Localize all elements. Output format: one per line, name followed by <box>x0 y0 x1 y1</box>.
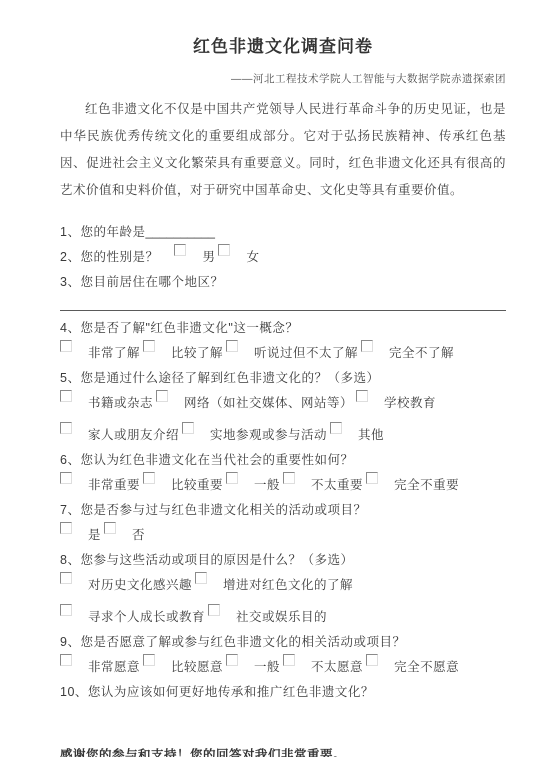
checkbox-icon[interactable] <box>60 572 72 584</box>
option: 寻求个人成长或教育 <box>60 610 205 624</box>
option: 听说过但不太了解 <box>226 346 358 360</box>
option: 非常了解 <box>60 346 140 360</box>
question: 3、您目前居住在哪个地区？ <box>60 270 506 311</box>
checkbox-icon[interactable] <box>60 604 72 616</box>
question-label: 2、您的性别是？ <box>60 250 158 264</box>
option-label: 网络（如社交媒体、网站等） <box>184 396 353 410</box>
option-label: 非常重要 <box>88 478 140 492</box>
question-line: 1、您的年龄是__________ <box>60 220 506 245</box>
checkbox-icon[interactable] <box>356 390 368 402</box>
checkbox-icon[interactable] <box>366 472 378 484</box>
checkbox-icon[interactable] <box>226 654 238 666</box>
option: 完全不了解 <box>361 346 454 360</box>
option: 实地参观或参与活动 <box>182 428 327 442</box>
option: 比较愿意 <box>143 660 223 674</box>
checkbox-icon[interactable] <box>143 340 155 352</box>
option-label: 比较了解 <box>171 346 223 360</box>
option-label: 完全不了解 <box>389 346 454 360</box>
options-row: 非常愿意比较愿意一般不太愿意完全不愿意 <box>60 655 506 680</box>
option: 非常重要 <box>60 478 140 492</box>
question: 9、您是否愿意了解或参与红色非遗文化的相关活动或项目？非常愿意比较愿意一般不太愿… <box>60 630 506 680</box>
question-line: 4、您是否了解"红色非遗文化"这一概念？ <box>60 316 506 341</box>
option: 女 <box>218 250 259 264</box>
option-label: 完全不愿意 <box>394 660 459 674</box>
question-label: 6、您认为红色非遗文化在当代社会的重要性如何？ <box>60 453 353 467</box>
checkbox-icon[interactable] <box>60 654 72 666</box>
checkbox-icon[interactable] <box>104 522 116 534</box>
question-label: 4、您是否了解"红色非遗文化"这一概念？ <box>60 321 298 335</box>
checkbox-icon[interactable] <box>208 604 220 616</box>
question-line: 5、您是通过什么途径了解到红色非遗文化的？（多选） <box>60 366 506 391</box>
page-title: 红色非遗文化调查问卷 <box>60 32 506 57</box>
thanks-note: 感谢您的参与和支持！您的回答对我们非常重要。 <box>60 745 506 757</box>
option-label: 不太愿意 <box>311 660 363 674</box>
option: 比较了解 <box>143 346 223 360</box>
options-row: 家人或朋友介绍实地参观或参与活动其他 <box>60 423 506 448</box>
option-label: 学校教育 <box>384 396 436 410</box>
question-line: 9、您是否愿意了解或参与红色非遗文化的相关活动或项目？ <box>60 630 506 655</box>
question: 7、您是否参与过与红色非遗文化相关的活动或项目？是否 <box>60 498 506 548</box>
question-line: 8、您参与这些活动或项目的原因是什么？（多选） <box>60 548 506 573</box>
checkbox-icon[interactable] <box>366 654 378 666</box>
question: 5、您是通过什么途径了解到红色非遗文化的？（多选）书籍或杂志网络（如社交媒体、网… <box>60 366 506 448</box>
checkbox-icon[interactable] <box>283 472 295 484</box>
checkbox-icon[interactable] <box>330 422 342 434</box>
question-label: 10、您认为应该如何更好地传承和推广红色非遗文化？ <box>60 685 374 699</box>
option: 男 <box>174 250 215 264</box>
option-label: 一般 <box>254 478 280 492</box>
answer-blank[interactable]: __________ <box>145 225 215 239</box>
checkbox-icon[interactable] <box>156 390 168 402</box>
option: 比较重要 <box>143 478 223 492</box>
checkbox-icon[interactable] <box>361 340 373 352</box>
question-label: 5、您是通过什么途径了解到红色非遗文化的？（多选） <box>60 371 379 385</box>
question: 8、您参与这些活动或项目的原因是什么？（多选）对历史文化感兴趣增进对红色文化的了… <box>60 548 506 630</box>
question-label: 9、您是否愿意了解或参与红色非遗文化的相关活动或项目？ <box>60 635 405 649</box>
options-row: 非常重要比较重要一般不太重要完全不重要 <box>60 473 506 498</box>
option: 其他 <box>330 428 384 442</box>
checkbox-icon[interactable] <box>218 244 230 256</box>
option-label: 一般 <box>254 660 280 674</box>
option-label: 寻求个人成长或教育 <box>88 610 205 624</box>
question-line: 7、您是否参与过与红色非遗文化相关的活动或项目？ <box>60 498 506 523</box>
option-label: 听说过但不太了解 <box>254 346 358 360</box>
option: 是 <box>60 528 101 542</box>
option: 一般 <box>226 660 280 674</box>
option: 完全不愿意 <box>366 660 459 674</box>
question: 1、您的年龄是__________ <box>60 220 506 245</box>
option: 否 <box>104 528 145 542</box>
option-label: 完全不重要 <box>394 478 459 492</box>
checkbox-icon[interactable] <box>182 422 194 434</box>
option-label: 非常愿意 <box>88 660 140 674</box>
option: 书籍或杂志 <box>60 396 153 410</box>
option-label: 对历史文化感兴趣 <box>88 578 192 592</box>
checkbox-icon[interactable] <box>60 422 72 434</box>
question: 6、您认为红色非遗文化在当代社会的重要性如何？非常重要比较重要一般不太重要完全不… <box>60 448 506 498</box>
option: 增进对红色文化的了解 <box>195 578 353 592</box>
option: 不太愿意 <box>283 660 363 674</box>
option: 学校教育 <box>356 396 436 410</box>
checkbox-icon[interactable] <box>226 340 238 352</box>
option-label: 实地参观或参与活动 <box>210 428 327 442</box>
checkbox-icon[interactable] <box>143 654 155 666</box>
option: 家人或朋友介绍 <box>60 428 179 442</box>
option: 非常愿意 <box>60 660 140 674</box>
questions-list: 1、您的年龄是__________2、您的性别是？男女3、您目前居住在哪个地区？… <box>60 220 506 705</box>
intro-paragraph: 红色非遗文化不仅是中国共产党领导人民进行革命斗争的历史见证，也是中华民族优秀传统… <box>60 96 506 204</box>
question-label: 1、您的年龄是 <box>60 225 145 239</box>
options-row: 寻求个人成长或教育社交或娱乐目的 <box>60 605 506 630</box>
checkbox-icon[interactable] <box>143 472 155 484</box>
question-label: 8、您参与这些活动或项目的原因是什么？（多选） <box>60 553 353 567</box>
checkbox-icon[interactable] <box>60 522 72 534</box>
option: 对历史文化感兴趣 <box>60 578 192 592</box>
question-line: 6、您认为红色非遗文化在当代社会的重要性如何？ <box>60 448 506 473</box>
question-label: 7、您是否参与过与红色非遗文化相关的活动或项目？ <box>60 503 366 517</box>
checkbox-icon[interactable] <box>195 572 207 584</box>
checkbox-icon[interactable] <box>60 390 72 402</box>
option-label: 是 <box>88 528 101 542</box>
options-row: 对历史文化感兴趣增进对红色文化的了解 <box>60 573 506 598</box>
checkbox-icon[interactable] <box>226 472 238 484</box>
question-line: 3、您目前居住在哪个地区？ <box>60 270 506 295</box>
option: 社交或娱乐目的 <box>208 610 327 624</box>
checkbox-icon[interactable] <box>60 340 72 352</box>
question-line: 10、您认为应该如何更好地传承和推广红色非遗文化？ <box>60 680 506 705</box>
option-label: 其他 <box>358 428 384 442</box>
question: 10、您认为应该如何更好地传承和推广红色非遗文化？ <box>60 680 506 705</box>
checkbox-icon[interactable] <box>60 472 72 484</box>
question: 2、您的性别是？男女 <box>60 245 506 270</box>
checkbox-icon[interactable] <box>174 244 186 256</box>
question-line: 2、您的性别是？男女 <box>60 245 506 270</box>
option-label: 否 <box>132 528 145 542</box>
checkbox-icon[interactable] <box>283 654 295 666</box>
options-row: 书籍或杂志网络（如社交媒体、网站等）学校教育 <box>60 391 506 416</box>
option-label: 增进对红色文化的了解 <box>223 578 353 592</box>
option-label: 非常了解 <box>88 346 140 360</box>
option-label: 比较重要 <box>171 478 223 492</box>
option: 一般 <box>226 478 280 492</box>
option-label: 书籍或杂志 <box>88 396 153 410</box>
page-subtitle: ——河北工程技术学院人工智能与大数据学院赤遗探索团 <box>60 71 506 86</box>
option-label: 不太重要 <box>311 478 363 492</box>
question-label: 3、您目前居住在哪个地区？ <box>60 275 223 289</box>
option: 完全不重要 <box>366 478 459 492</box>
options-row: 非常了解比较了解听说过但不太了解完全不了解 <box>60 341 506 366</box>
option: 不太重要 <box>283 478 363 492</box>
options-row: 是否 <box>60 523 506 548</box>
option-label: 社交或娱乐目的 <box>236 610 327 624</box>
answer-line[interactable] <box>60 309 506 311</box>
option: 网络（如社交媒体、网站等） <box>156 396 353 410</box>
questionnaire-page: 红色非遗文化调查问卷 ——河北工程技术学院人工智能与大数据学院赤遗探索团 红色非… <box>0 0 558 757</box>
option-label: 女 <box>246 250 259 264</box>
option-label: 比较愿意 <box>171 660 223 674</box>
option-label: 家人或朋友介绍 <box>88 428 179 442</box>
option-label: 男 <box>202 250 215 264</box>
question: 4、您是否了解"红色非遗文化"这一概念？非常了解比较了解听说过但不太了解完全不了… <box>60 316 506 366</box>
